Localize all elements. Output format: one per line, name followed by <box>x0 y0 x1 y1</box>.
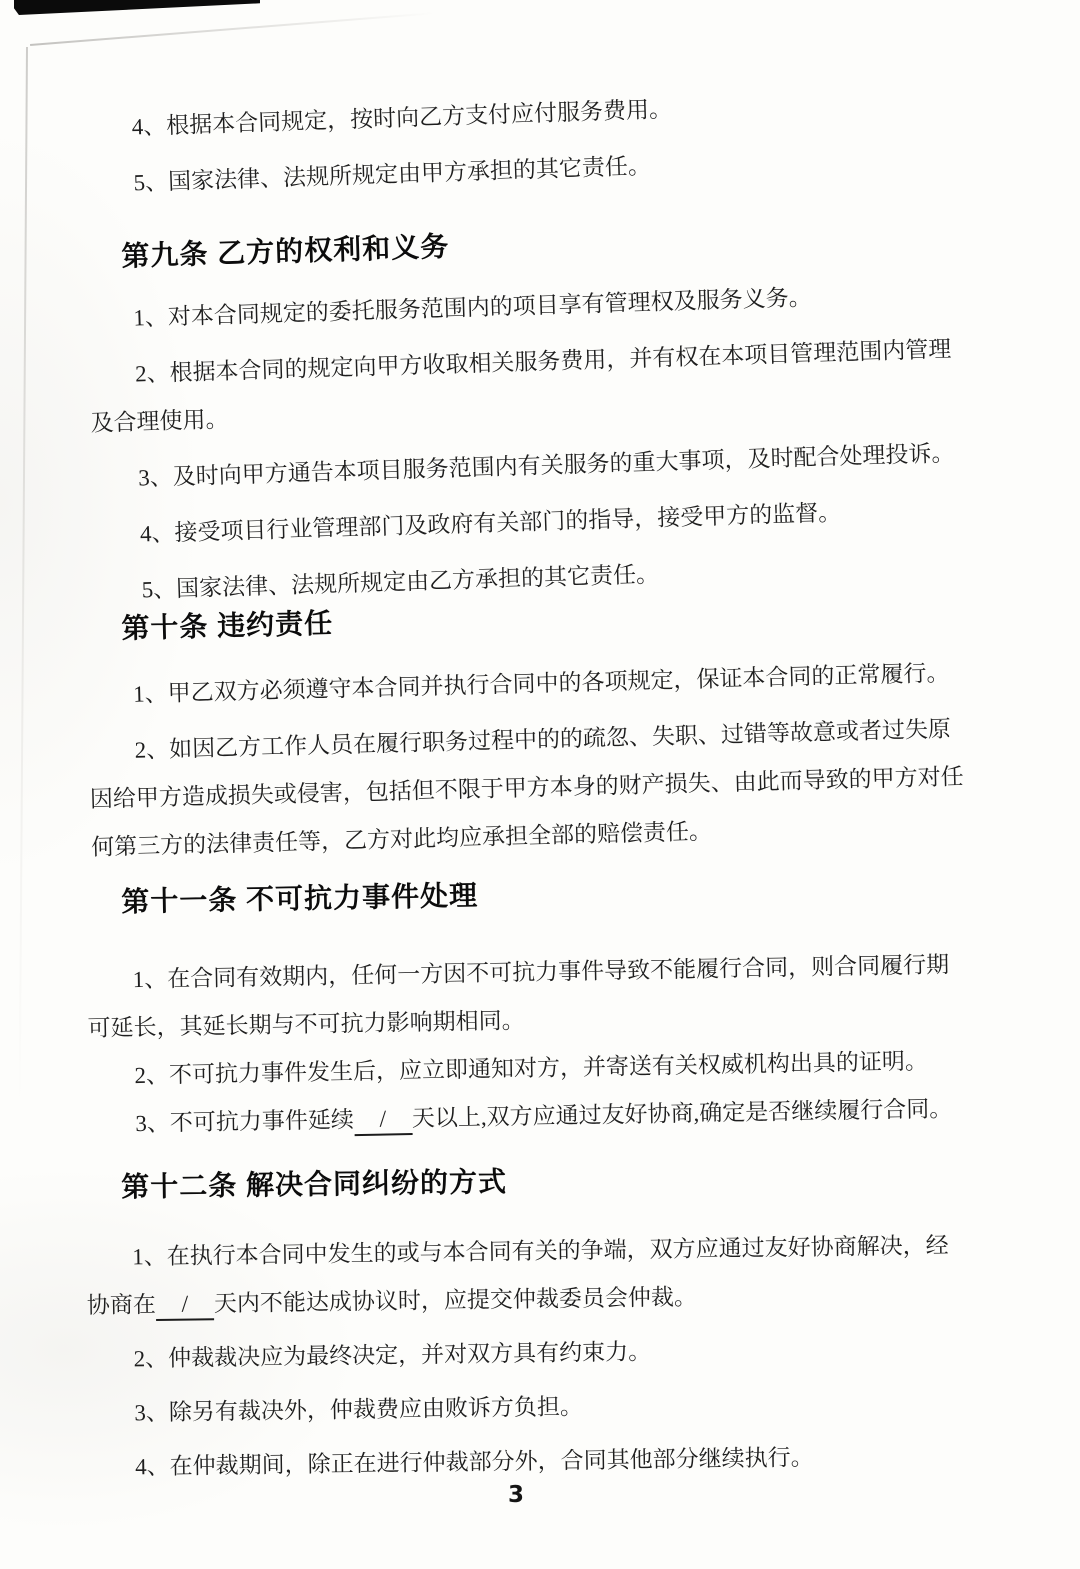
scan-edge-artifact <box>14 0 260 15</box>
clause-item: 2、根据本合同的规定向甲方收取相关服务费用，并有权在本项目管理范围内管理及合理使… <box>88 325 967 448</box>
document-page: 4、根据本合同规定，按时向乙方支付应付服务费用。 5、国家法律、法规所规定由甲方… <box>0 0 1080 1569</box>
paper-top-edge-line <box>30 12 435 46</box>
section-article-11: 第十一条 不可抗力事件处理 1、在合同有效期内，任何一方因不可抗力事件导致不能履… <box>85 869 966 1149</box>
clause-item: 3、除另有裁决外，仲裁费应由败诉方负担。 <box>88 1378 965 1438</box>
fill-in-blank: / <box>354 1103 413 1136</box>
page-number: 3 <box>508 1482 524 1508</box>
slash-mark: / <box>379 1107 386 1133</box>
clause-text: 3、不可抗力事件延续 <box>135 1107 354 1136</box>
clause-item: 1、在合同有效期内，任何一方因不可抗力事件导致不能履行合同，则合同履行期可延长，… <box>86 941 964 1053</box>
clause-text: 天以上,双方应通过友好协商,确定是否继续履行合同。 <box>412 1096 953 1131</box>
section-heading: 第十二条 解决合同纠纷的方式 <box>85 1158 961 1206</box>
clause-item-with-blank: 1、在执行本合同中发生的或与本合同有关的争端，双方应通过友好协商解决，经协商在/… <box>86 1222 963 1330</box>
clause-text: 天内不能达成协议时，应提交仲裁委员会仲裁。 <box>214 1284 697 1316</box>
clause-item: 2、如因乙方工作人员在履行职务过程中的的疏忽、失职、过错等故意或者过失原因给甲方… <box>88 705 967 872</box>
intro-clauses: 4、根据本合同规定，按时向乙方支付应付服务费用。 5、国家法律、法规所规定由甲方… <box>85 76 964 217</box>
section-article-9: 第九条 乙方的权利和义务 1、对本合同规定的委托服务范围内的项目享有管理权及服务… <box>85 213 972 624</box>
paper-left-fold-line <box>19 47 28 1107</box>
slash-mark: / <box>181 1292 188 1318</box>
clause-item: 4、在仲裁期间，除正在进行仲裁部分外，合同其他部分继续执行。 <box>89 1432 966 1492</box>
section-heading: 第十一条 不可抗力事件处理 <box>85 869 962 921</box>
section-article-10: 第十条 违约责任 1、甲乙双方必须遵守本合同并执行合同中的各项规定，保证本合同的… <box>85 589 968 880</box>
clause-item: 2、仲裁裁决应为最终决定，并对双方具有约束力。 <box>87 1324 964 1384</box>
section-article-12: 第十二条 解决合同纠纷的方式 1、在执行本合同中发生的或与本合同有关的争端，双方… <box>85 1158 965 1498</box>
fill-in-blank: / <box>156 1288 214 1321</box>
section-heading: 第九条 乙方的权利和义务 <box>85 213 962 276</box>
